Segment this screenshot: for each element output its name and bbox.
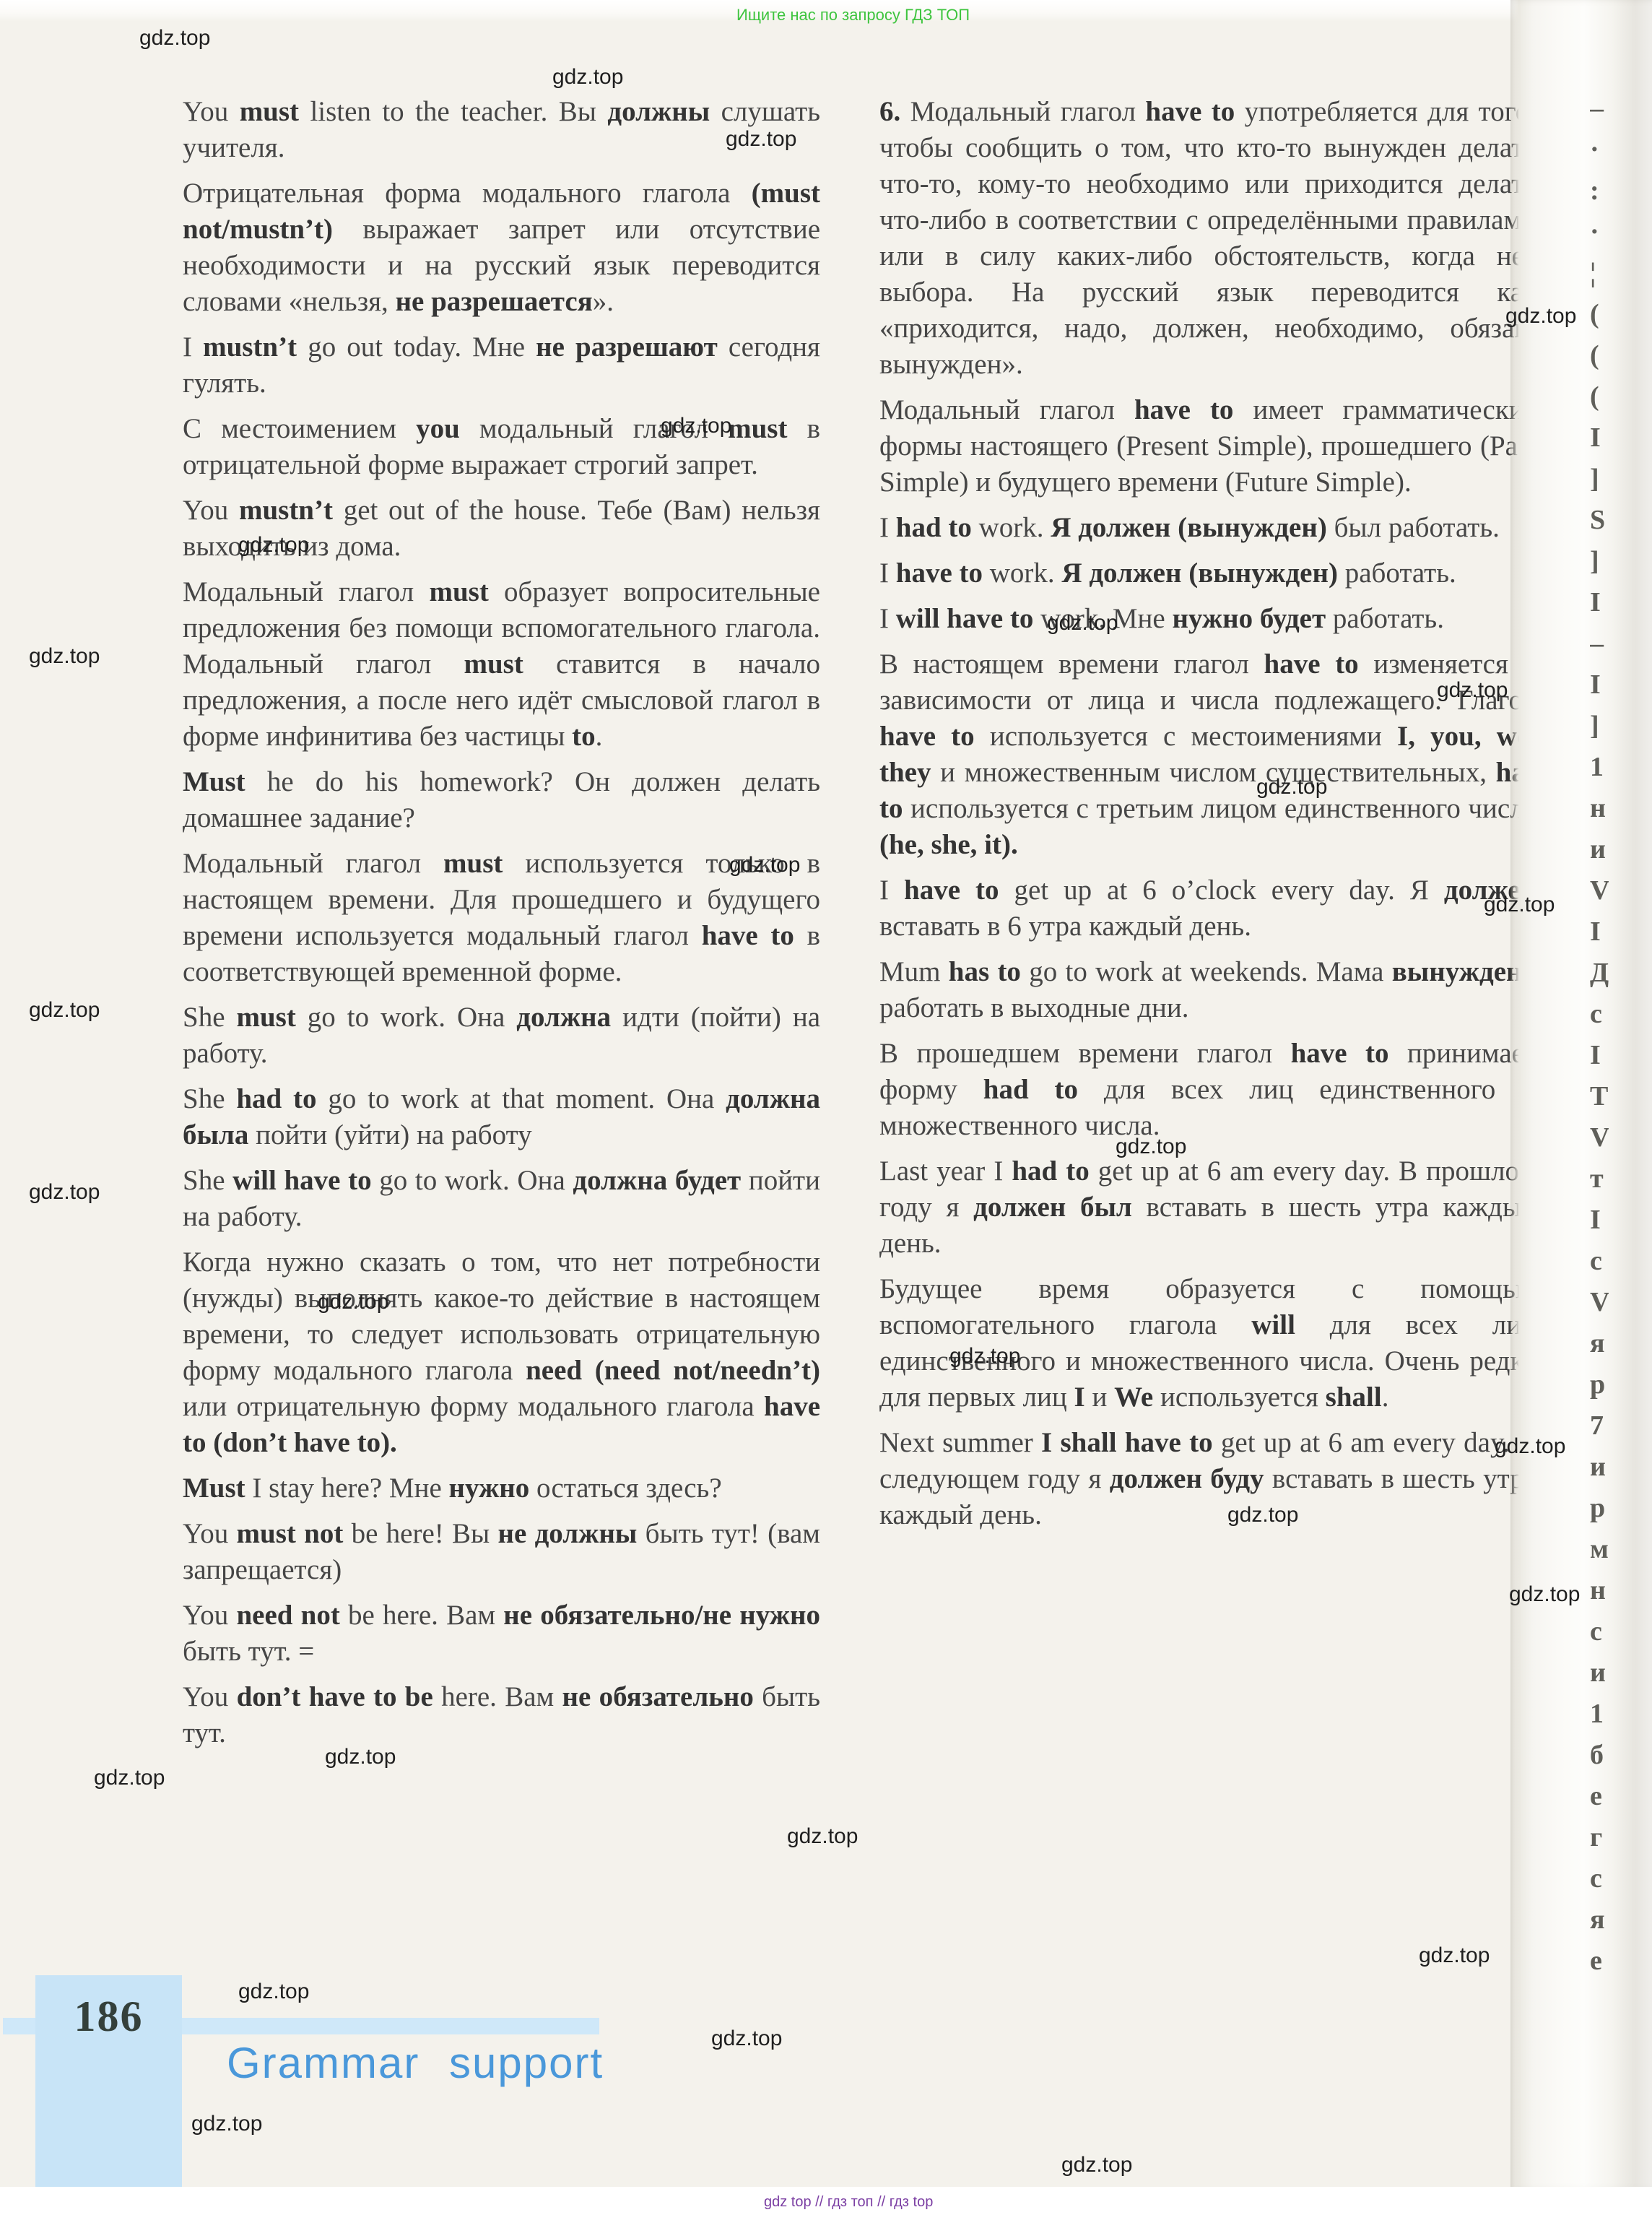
- edge-glyph-fragment: и: [1590, 1451, 1609, 1483]
- edge-glyph-fragment: I: [1590, 1204, 1609, 1236]
- text-column-right: 6. Модальный глагол have to употребляетс…: [879, 94, 1536, 1543]
- paragraph: Must I stay here? Мне нужно остаться зде…: [183, 1470, 820, 1507]
- edge-glyph-fragment: н: [1590, 1574, 1609, 1606]
- gdz-watermark: gdz.top: [1047, 612, 1118, 634]
- edge-glyph-fragment: –: [1590, 628, 1609, 659]
- page-edge-fragments: –·:·¦(((I]S]I–I]1ниVIДсITVтIсVяр7ирмнси1…: [1590, 92, 1609, 2042]
- edge-glyph-fragment: 1: [1590, 1698, 1609, 1730]
- gdz-watermark: gdz.top: [787, 1826, 858, 1847]
- paragraph: 6. Модальный глагол have to употребляетс…: [879, 94, 1536, 383]
- edge-glyph-fragment: р: [1590, 1492, 1609, 1524]
- edge-glyph-fragment: Д: [1590, 957, 1609, 989]
- edge-glyph-fragment: г: [1590, 1821, 1609, 1853]
- paragraph: В прошедшем времени глагол have to прини…: [879, 1036, 1536, 1144]
- gdz-watermark: gdz.top: [1061, 2154, 1132, 2176]
- edge-glyph-fragment: с: [1590, 998, 1609, 1030]
- edge-glyph-fragment: р: [1590, 1369, 1609, 1400]
- paragraph: Когда нужно сказать о том, что нет потре…: [183, 1244, 820, 1461]
- paragraph: I have to work. Я должен (вынужден) рабо…: [879, 555, 1536, 591]
- edge-glyph-fragment: т: [1590, 1163, 1609, 1195]
- edge-glyph-fragment: е: [1590, 1780, 1609, 1812]
- edge-glyph-fragment: ]: [1590, 545, 1609, 577]
- edge-glyph-fragment: I: [1590, 916, 1609, 948]
- paragraph: Must he do his homework? Он должен делат…: [183, 764, 820, 836]
- edge-glyph-fragment: 7: [1590, 1410, 1609, 1442]
- gdz-watermark: gdz.top: [238, 534, 309, 556]
- edge-glyph-fragment: ·: [1590, 216, 1609, 248]
- gdz-watermark: gdz.top: [726, 129, 796, 150]
- gdz-watermark: gdz.top: [552, 66, 623, 88]
- edge-glyph-fragment: V: [1590, 1122, 1609, 1153]
- edge-glyph-fragment: I: [1590, 422, 1609, 454]
- page-number: 186: [35, 1992, 182, 2042]
- paragraph: You must listen to the teacher. Вы должн…: [183, 94, 820, 166]
- gdz-watermark: gdz.top: [29, 1182, 100, 1203]
- paragraph: You must not be here! Вы не должны быть …: [183, 1516, 820, 1588]
- paragraph: Модальный глагол have to имеет грамматич…: [879, 392, 1536, 500]
- bottom-promo-note: gdz top // гдз топ // гдз top: [764, 2194, 933, 2211]
- paragraph: I mustn’t go out today. Мне не разрешают…: [183, 329, 820, 402]
- edge-glyph-fragment: я: [1590, 1904, 1609, 1936]
- gdz-watermark: gdz.top: [139, 27, 210, 49]
- gdz-watermark: gdz.top: [1116, 1136, 1186, 1158]
- edge-glyph-fragment: (: [1590, 298, 1609, 330]
- top-promo-note: Ищите нас по запросу ГДЗ ТОП: [736, 6, 970, 25]
- gdz-watermark: gdz.top: [1505, 305, 1576, 327]
- page-curl-right-edge: [1510, 0, 1652, 2190]
- footer-band-right: [182, 2018, 599, 2034]
- paragraph: Модальный глагол must образует вопросите…: [183, 574, 820, 755]
- text-column-left: You must listen to the teacher. Вы должн…: [183, 94, 820, 1761]
- edge-glyph-fragment: (: [1590, 339, 1609, 371]
- paragraph: I had to work. Я должен (вынужден) был р…: [879, 510, 1536, 546]
- edge-glyph-fragment: ]: [1590, 463, 1609, 495]
- gdz-watermark: gdz.top: [1437, 680, 1508, 701]
- edge-glyph-fragment: и: [1590, 833, 1609, 865]
- gdz-watermark: gdz.top: [1419, 1945, 1490, 1967]
- gdz-watermark: gdz.top: [29, 1000, 100, 1021]
- gdz-watermark: gdz.top: [238, 1981, 309, 2003]
- gdz-watermark: gdz.top: [325, 1746, 396, 1768]
- edge-glyph-fragment: с: [1590, 1863, 1609, 1894]
- edge-glyph-fragment: I: [1590, 586, 1609, 618]
- paragraph: Модальный глагол must используется тольк…: [183, 846, 820, 990]
- edge-glyph-fragment: I: [1590, 1039, 1609, 1071]
- gdz-watermark: gdz.top: [711, 2028, 782, 2050]
- edge-glyph-fragment: 1: [1590, 751, 1609, 783]
- edge-glyph-fragment: я: [1590, 1327, 1609, 1359]
- paragraph: She had to go to work at that moment. Он…: [183, 1081, 820, 1153]
- edge-glyph-fragment: V: [1590, 875, 1609, 906]
- gdz-watermark: gdz.top: [1484, 894, 1555, 916]
- gdz-watermark: gdz.top: [729, 854, 800, 876]
- paragraph: I will have to work. Мне нужно будет раб…: [879, 601, 1536, 637]
- edge-glyph-fragment: –: [1590, 92, 1609, 124]
- edge-glyph-fragment: (: [1590, 381, 1609, 412]
- textbook-page: Ищите нас по запросу ГДЗ ТОП You must li…: [0, 0, 1652, 2215]
- edge-glyph-fragment: б: [1590, 1739, 1609, 1771]
- edge-glyph-fragment: :: [1590, 175, 1609, 207]
- edge-glyph-fragment: е: [1590, 1945, 1609, 1977]
- edge-glyph-fragment: с: [1590, 1245, 1609, 1277]
- edge-glyph-fragment: ¦: [1590, 257, 1609, 289]
- gdz-watermark: gdz.top: [318, 1291, 388, 1313]
- section-title: Grammar support: [227, 2038, 604, 2088]
- edge-glyph-fragment: и: [1590, 1657, 1609, 1689]
- paragraph: She will have to go to work. Она должна …: [183, 1163, 820, 1235]
- gdz-watermark: gdz.top: [1256, 776, 1327, 798]
- edge-glyph-fragment: ·: [1590, 134, 1609, 165]
- paragraph: You don’t have to be here. Вам не обязат…: [183, 1679, 820, 1751]
- paragraph: You need not be here. Вам не обязательно…: [183, 1598, 820, 1670]
- edge-glyph-fragment: I: [1590, 669, 1609, 701]
- gdz-watermark: gdz.top: [661, 415, 731, 437]
- edge-glyph-fragment: S: [1590, 504, 1609, 536]
- gdz-watermark: gdz.top: [94, 1767, 165, 1789]
- paragraph: Отрицательная форма модального глагола (…: [183, 175, 820, 320]
- edge-glyph-fragment: T: [1590, 1080, 1609, 1112]
- gdz-watermark: gdz.top: [29, 646, 100, 667]
- edge-glyph-fragment: ]: [1590, 710, 1609, 742]
- footer-band-left: [3, 2018, 35, 2034]
- paragraph: Last year I had to get up at 6 am every …: [879, 1153, 1536, 1262]
- gdz-watermark: gdz.top: [1495, 1436, 1565, 1457]
- paragraph: She must go to work. Она должна идти (по…: [183, 1000, 820, 1072]
- gdz-watermark: gdz.top: [1509, 1584, 1580, 1605]
- edge-glyph-fragment: м: [1590, 1533, 1609, 1565]
- gdz-watermark: gdz.top: [1227, 1504, 1298, 1526]
- edge-glyph-fragment: V: [1590, 1286, 1609, 1318]
- gdz-watermark: gdz.top: [191, 2113, 262, 2135]
- paragraph: I have to get up at 6 o’clock every day.…: [879, 872, 1536, 945]
- paragraph: Mum has to go to work at weekends. Мама …: [879, 954, 1536, 1026]
- gdz-watermark: gdz.top: [949, 1345, 1020, 1367]
- edge-glyph-fragment: с: [1590, 1616, 1609, 1647]
- paragraph: Next summer I shall have to get up at 6 …: [879, 1425, 1536, 1533]
- paragraph: Будущее время образуется с помощью вспом…: [879, 1271, 1536, 1416]
- edge-glyph-fragment: н: [1590, 792, 1609, 824]
